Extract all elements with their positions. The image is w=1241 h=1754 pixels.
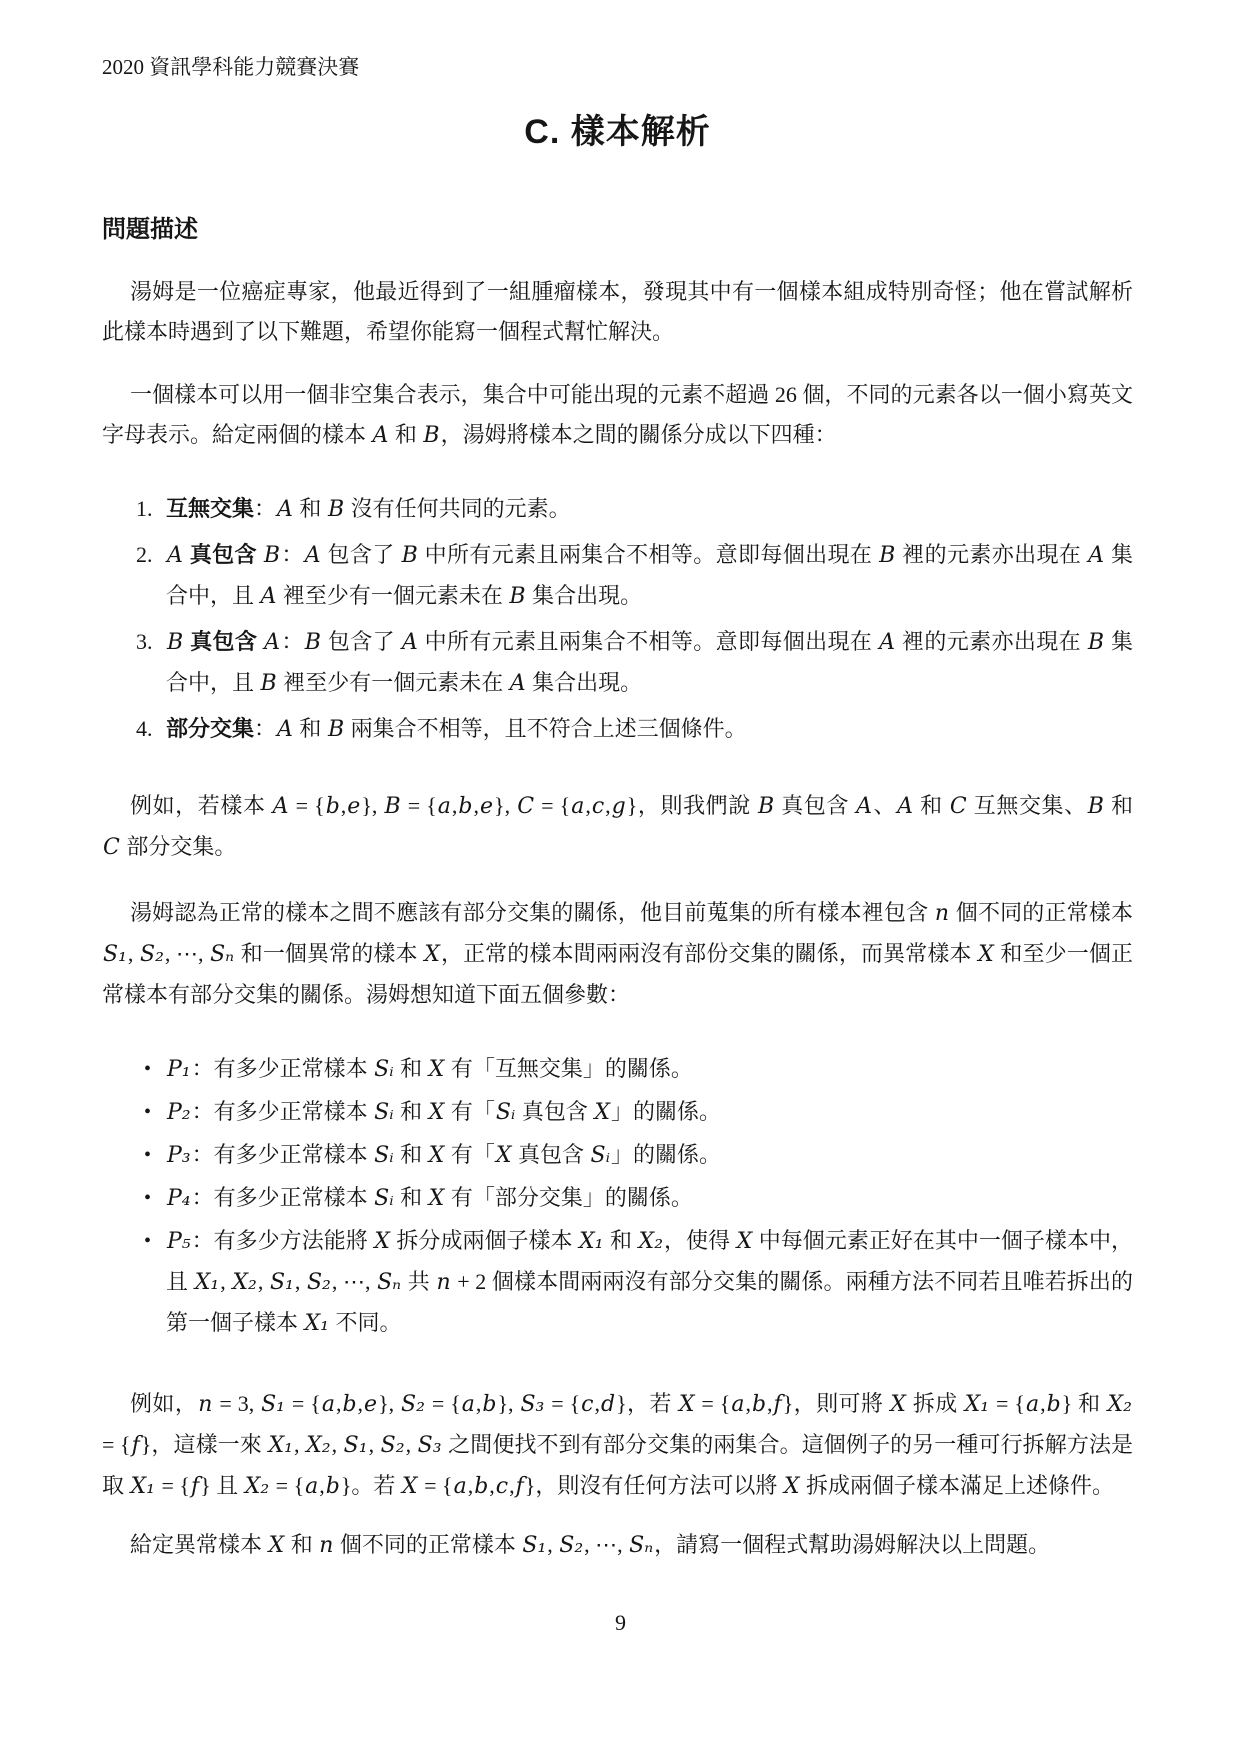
paragraph-intro-2: 一個樣本可以用一個非空集合表示，集合中可能出現的元素不超過 26 個，不同的元素… [102, 375, 1133, 456]
list-marker: • [144, 1178, 151, 1218]
math-token: a [437, 794, 452, 819]
list-marker: • [144, 1049, 151, 1089]
math-token: P₅ [166, 1229, 192, 1254]
math-token: b [473, 1474, 489, 1499]
math-token: Sᵢ [373, 1100, 395, 1125]
math-token: B [383, 794, 401, 819]
parameter-item: •P₂：有多少正常樣本 Sᵢ 和 X 有「Sᵢ 真包含 X」的關係。 [166, 1092, 1133, 1133]
math-token: B [166, 630, 184, 655]
math-token: a [304, 1474, 319, 1499]
math-token: A [260, 584, 278, 609]
math-token: Sᵢ [590, 1143, 612, 1168]
text-segment: P₁：有多少正常樣本 Sᵢ 和 X 有「互無交集」的關係。 [166, 1056, 693, 1081]
math-token: S₁ [260, 1392, 286, 1417]
math-token: S₁ [102, 942, 128, 967]
math-token: c [495, 1474, 509, 1499]
math-token: Sᵢ [373, 1143, 395, 1168]
math-token: X₁ [194, 1270, 220, 1295]
math-token: S₂ [380, 1433, 406, 1458]
math-token: A [304, 543, 322, 568]
math-token: A [276, 497, 294, 522]
math-token: b [341, 1392, 357, 1417]
math-token: B [263, 543, 281, 568]
problem-title: C. 樣本解析 [102, 108, 1133, 156]
math-token: A [878, 630, 896, 655]
running-header: 2020 資訊學科能力競賽決賽 [102, 0, 1133, 82]
math-token: A [272, 794, 290, 819]
math-token: Sᵢ [373, 1186, 395, 1211]
text-segment: A [166, 542, 190, 567]
list-marker: • [144, 1092, 151, 1132]
document-page: 2020 資訊學科能力競賽決賽 C. 樣本解析 問題描述 湯姆是一位癌症專家，他… [0, 0, 1241, 1754]
math-token: a [1025, 1392, 1040, 1417]
math-token: B [878, 543, 896, 568]
math-token: B [508, 584, 526, 609]
list-marker: 4. [136, 709, 153, 749]
math-token: X [977, 942, 995, 967]
math-token: A [509, 671, 527, 696]
math-token: B [260, 671, 278, 696]
math-token: e [346, 794, 361, 819]
math-token: B [1087, 630, 1105, 655]
math-token: n [934, 901, 950, 926]
math-token: b [481, 1392, 497, 1417]
text-segment: P₃：有多少正常樣本 Sᵢ 和 X 有「X 真包含 Sᵢ」的關係。 [166, 1142, 721, 1167]
math-token: A [401, 630, 419, 655]
math-token: a [570, 794, 585, 819]
bold-term: 真包含 [190, 542, 257, 567]
math-token: X₂ [305, 1433, 331, 1458]
bold-term: 部分交集 [166, 716, 254, 741]
math-token: A [1087, 543, 1105, 568]
math-token: X [428, 1100, 446, 1125]
bold-term: 互無交集 [166, 496, 254, 521]
math-token: b [751, 1392, 767, 1417]
math-token: d [600, 1392, 616, 1417]
text-segment: B [166, 629, 190, 654]
text-segment: P₄：有多少正常樣本 Sᵢ 和 X 有「部分交集」的關係。 [166, 1185, 693, 1210]
math-token: X₂ [638, 1229, 664, 1254]
parameter-item: •P₁：有多少正常樣本 Sᵢ 和 X 有「互無交集」的關係。 [166, 1049, 1133, 1090]
math-token: b [325, 794, 341, 819]
section-heading-problem-description: 問題描述 [102, 214, 1133, 246]
math-token: X₁ [130, 1474, 156, 1499]
math-token: S₂ [558, 1533, 584, 1558]
paragraph-sample-collection: 湯姆認為正常的樣本之間不應該有部分交集的關係，他目前蒐集的所有樣本裡包含 n 個… [102, 893, 1133, 1015]
math-token: f [131, 1433, 141, 1458]
page-content: 2020 資訊學科能力競賽決賽 C. 樣本解析 問題描述 湯姆是一位癌症專家，他… [102, 0, 1133, 1566]
parameter-item: •P₃：有多少正常樣本 Sᵢ 和 X 有「X 真包含 Sᵢ」的關係。 [166, 1135, 1133, 1176]
math-token: S₃ [417, 1433, 443, 1458]
math-token: B [422, 423, 440, 448]
math-token: X₁ [578, 1229, 604, 1254]
math-token: f [190, 1474, 200, 1499]
paragraph-example-1: 例如，若樣本 A = {b,e}, B = {a,b,e}, C = {a,c,… [102, 786, 1133, 868]
text-segment: ：A 和 B 沒有任何共同的元素。 [254, 496, 571, 521]
relation-item: 4.部分交集：A 和 B 兩集合不相等，且不符合上述三個條件。 [166, 709, 1133, 750]
relation-item: 1.互無交集：A 和 B 沒有任何共同的元素。 [166, 489, 1133, 530]
math-token: a [730, 1392, 745, 1417]
math-token: X₂ [1106, 1392, 1132, 1417]
math-token: X [495, 1143, 513, 1168]
math-token: e [363, 1392, 378, 1417]
math-token: a [453, 1474, 468, 1499]
math-token: S₁ [269, 1270, 295, 1295]
math-token: B [327, 497, 345, 522]
math-token: f [515, 1474, 525, 1499]
math-token: S₁ [343, 1433, 369, 1458]
list-marker: 3. [136, 622, 153, 662]
math-token: X₂ [244, 1474, 270, 1499]
math-token: S₁ [521, 1533, 547, 1558]
math-token: f [773, 1392, 783, 1417]
math-token: Sᵢ [495, 1100, 517, 1125]
list-marker: 1. [136, 489, 153, 529]
math-token: B [1087, 794, 1105, 819]
math-token: A [166, 543, 184, 568]
math-token: X [401, 1474, 419, 1499]
math-token: B [401, 543, 419, 568]
math-token: c [591, 794, 605, 819]
math-token: A [855, 794, 873, 819]
math-token: X [889, 1392, 907, 1417]
text-segment: ：A 和 B 兩集合不相等，且不符合上述三個條件。 [254, 716, 747, 741]
math-token: X [428, 1057, 446, 1082]
math-token: X₁ [964, 1392, 990, 1417]
math-token: Sᵢ [373, 1057, 395, 1082]
math-token: g [611, 794, 627, 819]
relation-item: 2.A 真包含 B：A 包含了 B 中所有元素且兩集合不相等。意即每個出現在 B… [166, 535, 1133, 617]
math-token: P₂ [166, 1100, 192, 1125]
list-marker: • [144, 1135, 151, 1175]
parameter-item: •P₅：有多少方法能將 X 拆分成兩個子樣本 X₁ 和 X₂，使得 X 中每個元… [166, 1221, 1133, 1344]
math-token: Sₙ [376, 1270, 402, 1295]
math-token: X [428, 1143, 446, 1168]
paragraph-intro-1: 湯姆是一位癌症專家，他最近得到了一組腫瘤樣本，發現其中有一個樣本組成特別奇怪；他… [102, 272, 1133, 352]
paragraph-closing: 給定異常樣本 X 和 n 個不同的正常樣本 S₁, S₂, ⋯, Sₙ，請寫一個… [102, 1525, 1133, 1566]
math-token: b [1046, 1392, 1062, 1417]
math-token: X [428, 1186, 446, 1211]
math-token: X [678, 1392, 696, 1417]
math-token: b [325, 1474, 341, 1499]
paragraph-example-2: 例如，n = 3, S₁ = {a,b,e}, S₂ = {a,b}, S₃ =… [102, 1384, 1133, 1507]
math-token: X [593, 1100, 611, 1125]
math-token: X₁ [304, 1311, 330, 1336]
page-number: 9 [0, 1608, 1241, 1638]
math-token: P₄ [166, 1186, 192, 1211]
math-token: C [949, 794, 968, 819]
text-segment: P₂：有多少正常樣本 Sᵢ 和 X 有「Sᵢ 真包含 X」的關係。 [166, 1099, 721, 1124]
text-segment: B：A 包含了 B 中所有元素且兩集合不相等。意即每個出現在 B 裡的元素亦出現… [166, 542, 1133, 608]
math-token: a [461, 1392, 476, 1417]
math-token: S₂ [139, 942, 165, 967]
bold-term: 真包含 [190, 629, 257, 654]
relation-type-list: 1.互無交集：A 和 B 沒有任何共同的元素。2.A 真包含 B：A 包含了 B… [102, 489, 1133, 750]
math-token: C [516, 794, 535, 819]
math-token: X [268, 1533, 286, 1558]
math-token: X₁ [267, 1433, 293, 1458]
math-token: e [479, 794, 494, 819]
math-token: S₂ [306, 1270, 332, 1295]
math-token: P₁ [166, 1057, 192, 1082]
math-token: Sₙ [209, 942, 235, 967]
text-segment: P₅：有多少方法能將 X 拆分成兩個子樣本 X₁ 和 X₂，使得 X 中每個元素… [166, 1228, 1133, 1335]
math-token: B [757, 794, 775, 819]
math-token: a [321, 1392, 336, 1417]
list-marker: 2. [136, 535, 153, 575]
list-marker: • [144, 1221, 151, 1261]
math-token: b [457, 794, 473, 819]
relation-item: 3.B 真包含 A：B 包含了 A 中所有元素且兩集合不相等。意即每個出現在 A… [166, 622, 1133, 704]
math-token: n [435, 1270, 451, 1295]
parameter-item: •P₄：有多少正常樣本 Sᵢ 和 X 有「部分交集」的關係。 [166, 1178, 1133, 1219]
parameter-list: •P₁：有多少正常樣本 Sᵢ 和 X 有「互無交集」的關係。•P₂：有多少正常樣… [102, 1049, 1133, 1344]
math-token: A [263, 630, 281, 655]
math-token: A [372, 423, 390, 448]
math-token: A [276, 717, 294, 742]
math-token: Sₙ [628, 1533, 654, 1558]
math-token: P₃ [166, 1143, 192, 1168]
math-token: B [304, 630, 322, 655]
math-token: n [318, 1533, 334, 1558]
math-token: X [736, 1229, 754, 1254]
math-token: B [327, 717, 345, 742]
math-token: S₂ [400, 1392, 426, 1417]
math-token: X [423, 942, 441, 967]
math-token: n [197, 1392, 213, 1417]
math-token: X [783, 1474, 801, 1499]
math-token: A [896, 794, 914, 819]
math-token: C [102, 835, 121, 860]
math-token: X [373, 1229, 391, 1254]
text-segment: A：B 包含了 A 中所有元素且兩集合不相等。意即每個出現在 A 裡的元素亦出現… [166, 629, 1133, 695]
math-token: S₃ [519, 1392, 545, 1417]
math-token: X₂ [231, 1270, 257, 1295]
math-token: c [580, 1392, 594, 1417]
